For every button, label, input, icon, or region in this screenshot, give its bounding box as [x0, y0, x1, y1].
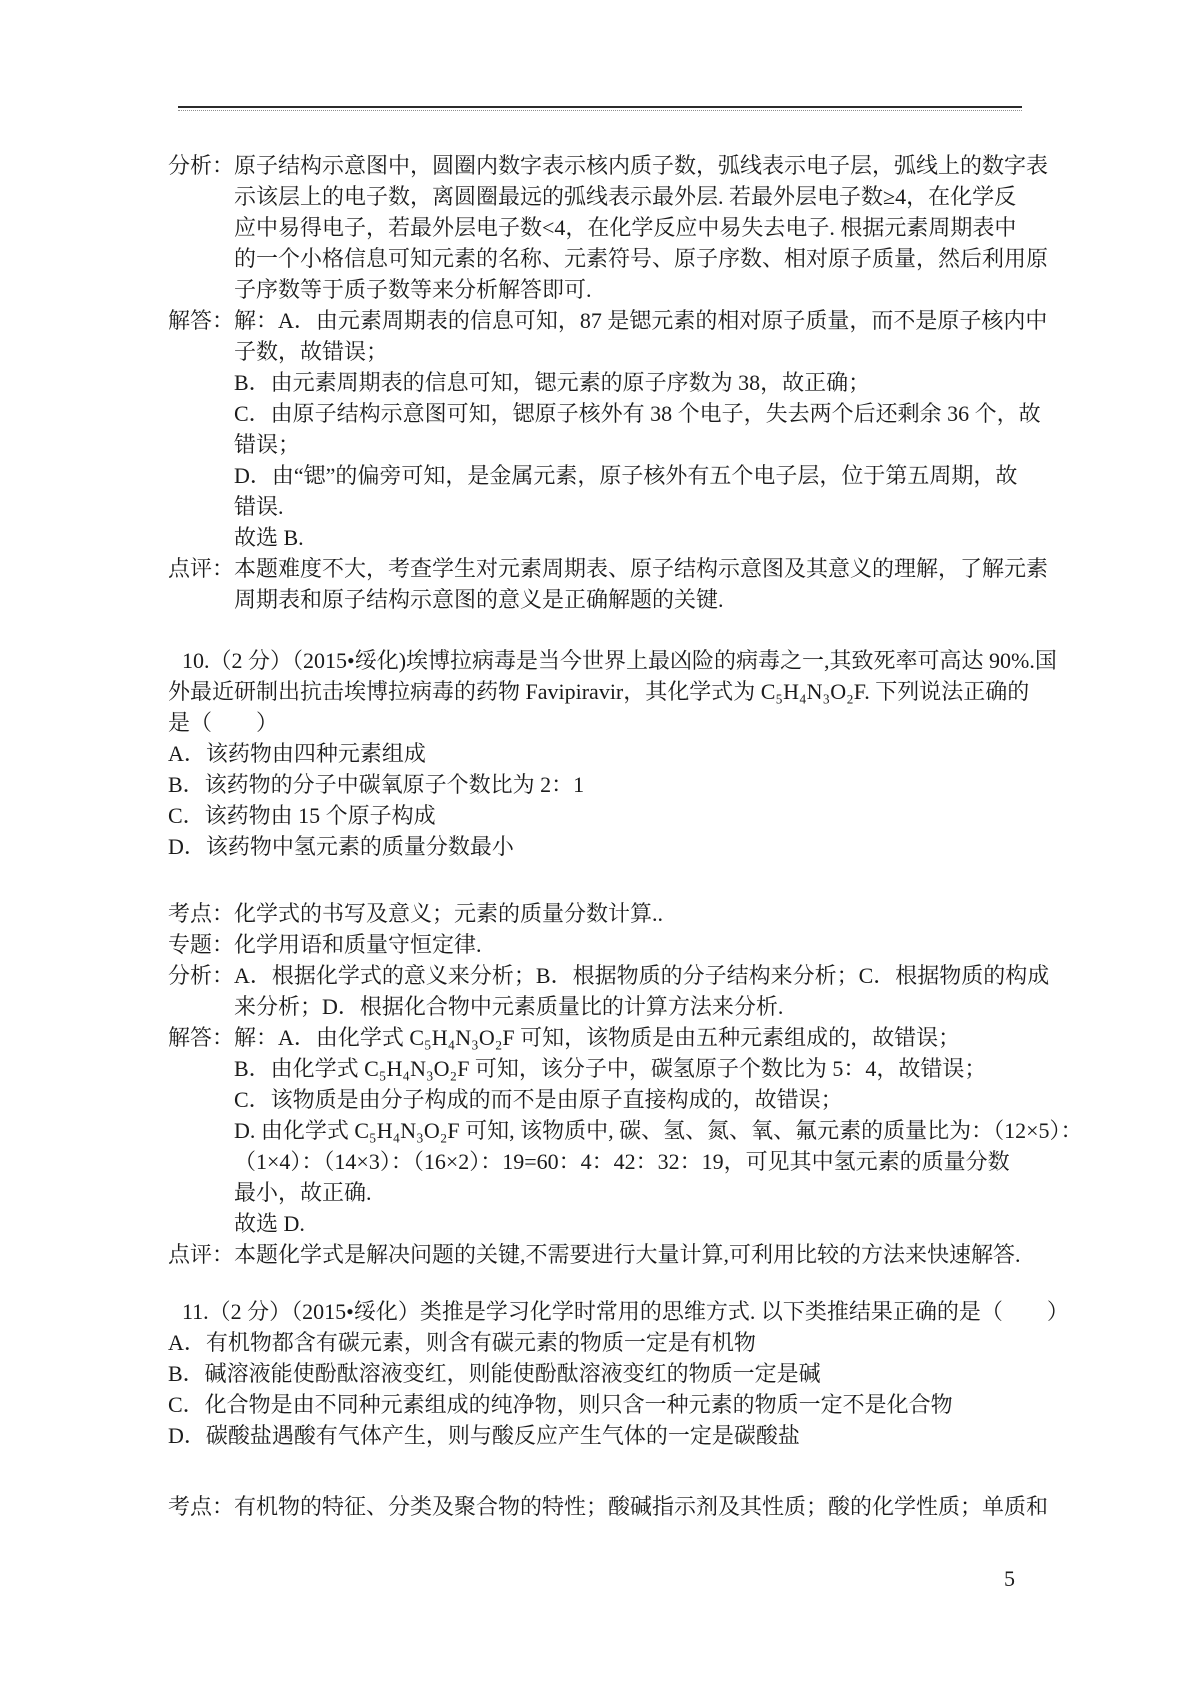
q9-analysis-line: 原子结构示意图中，圆圈内数字表示核内质子数，弧线表示电子层，弧线上的数字表 — [234, 150, 1048, 181]
q9-comment-line: 周期表和原子结构示意图的意义是正确解题的关键. — [234, 584, 1048, 615]
q10-comment-block: 点评： 本题化学式是解决问题的关键,不需要进行大量计算,可利用比较的方法来快速解… — [168, 1239, 1048, 1270]
q9-comment-label: 点评： — [168, 553, 234, 584]
q10-option-c: C．该药物由 15 个原子构成 — [168, 800, 1048, 831]
q10-answer-label: 解答： — [168, 1022, 234, 1053]
q10-answer-line: C．该物质是由分子构成的而不是由原子直接构成的，故错误； — [234, 1084, 1048, 1115]
q9-answer-line: D．由“锶”的偏旁可知，是金属元素，原子核外有五个电子层，位于第五周期，故 — [234, 460, 1048, 491]
q10-answer-block: 解答： 解：A．由化学式 C₅H₄N₃O₂F 可知，该物质是由五种元素组成的，故… — [168, 1022, 1048, 1239]
q9-analysis-line: 示该层上的电子数，离圆圈最远的弧线表示最外层. 若最外层电子数≥4，在化学反 — [234, 181, 1048, 212]
q10-answer-line: 解：A．由化学式 C₅H₄N₃O₂F 可知，该物质是由五种元素组成的，故错误； — [234, 1022, 1048, 1053]
q9-answer-line: C．由原子结构示意图可知，锶原子核外有 38 个电子，失去两个后还剩余 36 个… — [234, 398, 1048, 429]
q11-stem: 11.（2 分）（2015•绥化）类推是学习化学时常用的思维方式. 以下类推结果… — [168, 1296, 1048, 1327]
q11-options: A．有机物都含有碳元素，则含有碳元素的物质一定是有机物 B．碱溶液能使酚酞溶液变… — [168, 1327, 1048, 1451]
header-separator-rule — [178, 106, 1022, 111]
q9-analysis-label: 分析： — [168, 150, 234, 181]
q10-stem: 10.（2 分）（2015•绥化)埃博拉病毒是当今世界上最凶险的病毒之一,其致死… — [168, 645, 1048, 738]
q9-answer-label: 解答： — [168, 305, 234, 336]
q9-comment-block: 点评： 本题难度不大，考查学生对元素周期表、原子结构示意图及其意义的理解，了解元… — [168, 553, 1048, 615]
q11-option-a: A．有机物都含有碳元素，则含有碳元素的物质一定是有机物 — [168, 1327, 1048, 1358]
q10-answer-line: B．由化学式 C₅H₄N₃O₂F 可知，该分子中，碳氢原子个数比为 5：4，故错… — [234, 1053, 1048, 1084]
q10-zhuanti-line: 化学用语和质量守恒定律. — [234, 929, 1048, 960]
q9-answer-line: B．由元素周期表的信息可知，锶元素的原子序数为 38，故正确； — [234, 367, 1048, 398]
section-gap — [168, 1451, 1048, 1491]
q11-kaodian-label: 考点： — [168, 1491, 234, 1522]
section-gap — [168, 1270, 1048, 1296]
q10-comment-label: 点评： — [168, 1239, 234, 1270]
q10-answer-line: （1×4）：（14×3）：（16×2）：19=60：4：42：32：19，可见其… — [234, 1146, 1048, 1177]
q10-stem-line: 外最近研制出抗击埃博拉病毒的药物 Favipiravir，其化学式为 C₅H₄N… — [168, 676, 1048, 707]
q10-analysis-line: A．根据化学式的意义来分析；B．根据物质的分子结构来分析；C．根据物质的构成 — [234, 960, 1048, 991]
q11-kaodian-line: 有机物的特征、分类及聚合物的特性；酸碱指示剂及其性质；酸的化学性质；单质和 — [234, 1491, 1048, 1522]
q10-answer-line: D. 由化学式 C₅H₄N₃O₂F 可知, 该物质中, 碳、氢、氮、氧、氟元素的… — [234, 1115, 1048, 1146]
q9-answer-block: 解答： 解：A．由元素周期表的信息可知，87 是锶元素的相对原子质量，而不是原子… — [168, 305, 1048, 553]
q10-answer-line: 故选 D. — [234, 1208, 1048, 1239]
q10-comment-line: 本题化学式是解决问题的关键,不需要进行大量计算,可利用比较的方法来快速解答. — [234, 1239, 1048, 1270]
q10-stem-line: 是（ ） — [168, 707, 1048, 738]
q10-option-a: A．该药物由四种元素组成 — [168, 738, 1048, 769]
q9-answer-line: 解：A．由元素周期表的信息可知，87 是锶元素的相对原子质量，而不是原子核内中 — [234, 305, 1048, 336]
q11-option-d: D．碳酸盐遇酸有气体产生，则与酸反应产生气体的一定是碳酸盐 — [168, 1420, 1048, 1451]
q10-kaodian-line: 化学式的书写及意义；元素的质量分数计算.. — [234, 898, 1048, 929]
q10-option-d: D．该药物中氢元素的质量分数最小 — [168, 831, 1048, 862]
q9-comment-line: 本题难度不大，考查学生对元素周期表、原子结构示意图及其意义的理解，了解元素 — [234, 553, 1048, 584]
q9-analysis-line: 子序数等于质子数等来分析解答即可. — [234, 274, 1048, 305]
q11-option-c: C．化合物是由不同种元素组成的纯净物，则只含一种元素的物质一定不是化合物 — [168, 1389, 1048, 1420]
q9-answer-line: 子数，故错误； — [234, 336, 1048, 367]
section-gap — [168, 862, 1048, 898]
q10-zhuanti-block: 专题： 化学用语和质量守恒定律. — [168, 929, 1048, 960]
q11-option-b: B．碱溶液能使酚酞溶液变红，则能使酚酞溶液变红的物质一定是碱 — [168, 1358, 1048, 1389]
q10-analysis-block: 分析： A．根据化学式的意义来分析；B．根据物质的分子结构来分析；C．根据物质的… — [168, 960, 1048, 1022]
q9-analysis-block: 分析： 原子结构示意图中，圆圈内数字表示核内质子数，弧线表示电子层，弧线上的数字… — [168, 150, 1048, 305]
q11-stem-line: 11.（2 分）（2015•绥化）类推是学习化学时常用的思维方式. 以下类推结果… — [168, 1296, 1048, 1327]
q10-zhuanti-label: 专题： — [168, 929, 234, 960]
q11-kaodian-block: 考点： 有机物的特征、分类及聚合物的特性；酸碱指示剂及其性质；酸的化学性质；单质… — [168, 1491, 1048, 1522]
q9-answer-line: 错误. — [234, 491, 1048, 522]
exam-solution-page: { "page": { "number": "5" }, "labels": {… — [0, 0, 1200, 1698]
q10-stem-line: 10.（2 分）（2015•绥化)埃博拉病毒是当今世界上最凶险的病毒之一,其致死… — [168, 645, 1048, 676]
document-body: 分析： 原子结构示意图中，圆圈内数字表示核内质子数，弧线表示电子层，弧线上的数字… — [168, 150, 1048, 1522]
q10-answer-line: 最小，故正确. — [234, 1177, 1048, 1208]
section-gap — [168, 615, 1048, 645]
q9-answer-line: 故选 B. — [234, 522, 1048, 553]
q9-analysis-line: 的一个小格信息可知元素的名称、元素符号、原子序数、相对原子质量，然后利用原 — [234, 243, 1048, 274]
q10-analysis-line: 来分析；D．根据化合物中元素质量比的计算方法来分析. — [234, 991, 1048, 1022]
q10-kaodian-block: 考点： 化学式的书写及意义；元素的质量分数计算.. — [168, 898, 1048, 929]
page-number: 5 — [1004, 1563, 1015, 1594]
q9-analysis-line: 应中易得电子，若最外层电子数<4，在化学反应中易失去电子. 根据元素周期表中 — [234, 212, 1048, 243]
q9-answer-line: 错误； — [234, 429, 1048, 460]
q10-options: A．该药物由四种元素组成 B．该药物的分子中碳氧原子个数比为 2：1 C．该药物… — [168, 738, 1048, 862]
q10-option-b: B．该药物的分子中碳氧原子个数比为 2：1 — [168, 769, 1048, 800]
q10-kaodian-label: 考点： — [168, 898, 234, 929]
q10-analysis-label: 分析： — [168, 960, 234, 991]
